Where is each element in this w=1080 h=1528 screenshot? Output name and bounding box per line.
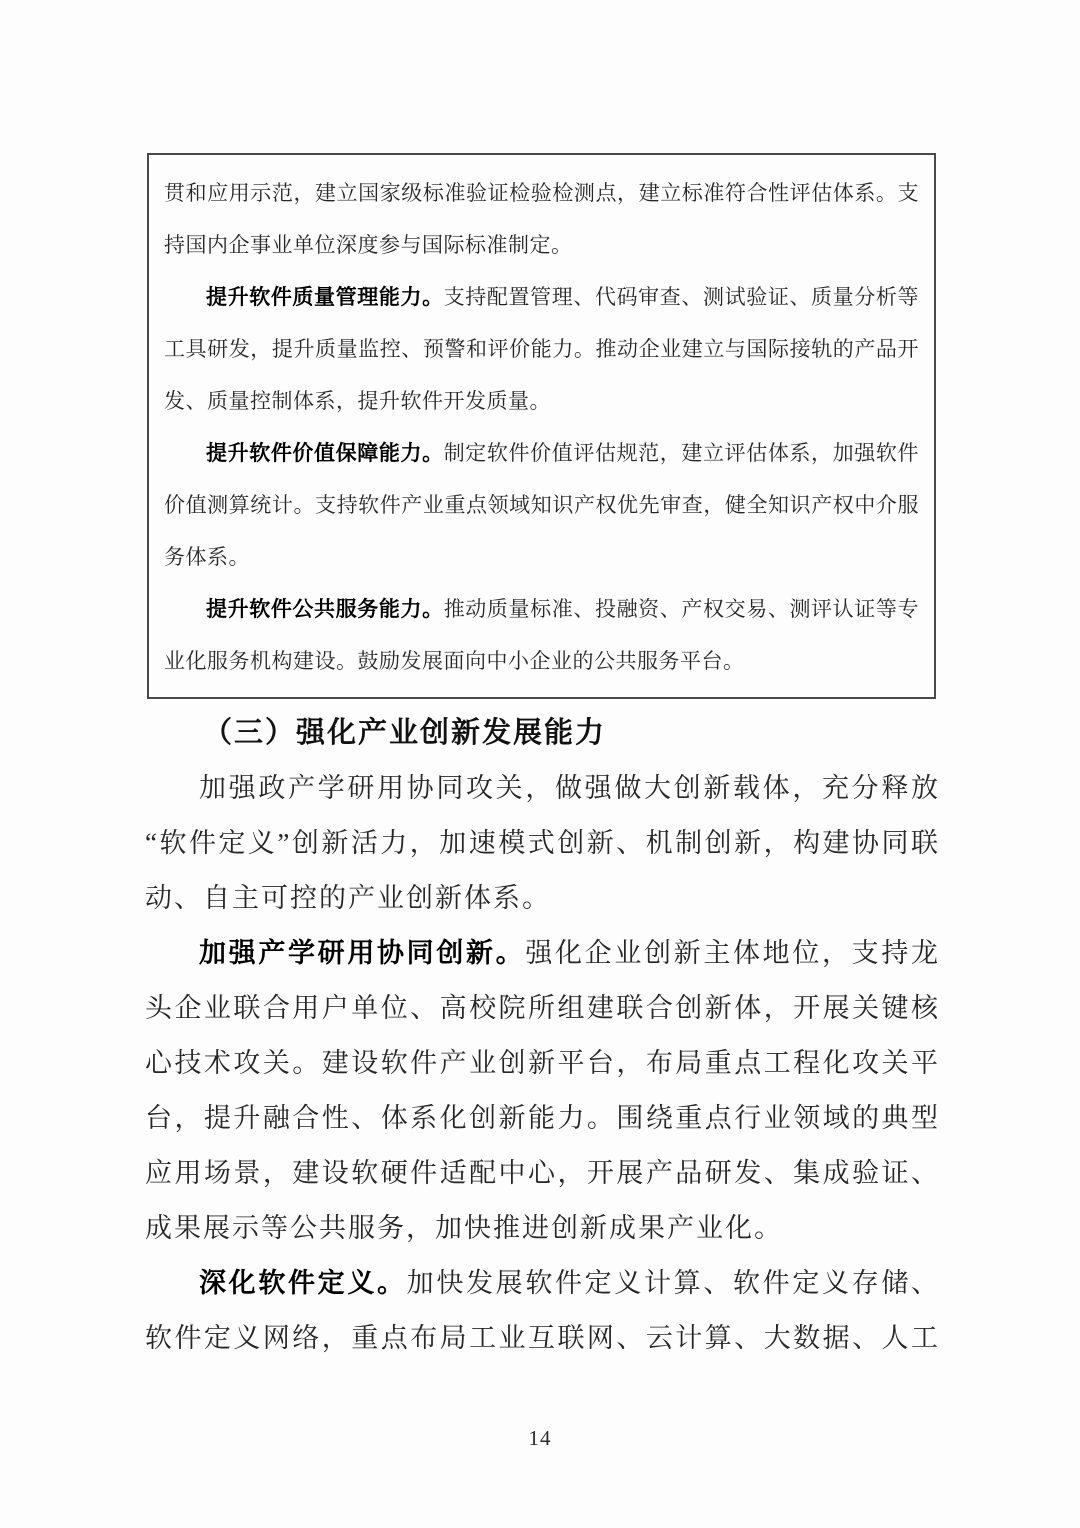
box-paragraph: 提升软件价值保障能力。制定软件价值评估规范，建立评估体系，加强软件价值测算统计。… <box>164 427 919 583</box>
paragraph-text: 加强政产学研用协同攻关，做强做大创新载体，充分释放“软件定义”创新活力，加速模式… <box>145 773 940 913</box>
paragraph-lead: 加强产学研用协同创新。 <box>199 938 525 968</box>
paragraph-lead: 提升软件质量管理能力。 <box>206 285 444 309</box>
paragraph-text: 强化企业创新主体地位，支持龙头企业联合用户单位、高校院所组建联合创新体，开展关键… <box>145 938 940 1243</box>
box-paragraph: 提升软件质量管理能力。支持配置管理、代码审查、测试验证、质量分析等工具研发，提升… <box>164 271 919 427</box>
body-paragraph: 加强政产学研用协同攻关，做强做大创新载体，充分释放“软件定义”创新活力，加速模式… <box>145 761 940 926</box>
document-page: 贯和应用示范，建立国家级标准验证检验检测点，建立标准符合性评估体系。支持国内企事… <box>0 0 1080 1528</box>
paragraph-lead: 提升软件价值保障能力。 <box>206 441 444 465</box>
document-body: （三）强化产业创新发展能力 加强政产学研用协同攻关，做强做大创新载体，充分释放“… <box>145 706 940 1366</box>
paragraph-lead: 提升软件公共服务能力。 <box>206 597 444 621</box>
box-paragraph: 提升软件公共服务能力。推动质量标准、投融资、产权交易、测评认证等专业化服务机构建… <box>164 583 919 687</box>
body-paragraph: 加强产学研用协同创新。强化企业创新主体地位，支持龙头企业联合用户单位、高校院所组… <box>145 926 940 1256</box>
paragraph-lead: 深化软件定义。 <box>199 1268 407 1298</box>
section-heading: （三）强化产业创新发展能力 <box>145 706 940 761</box>
paragraph-text: 贯和应用示范，建立国家级标准验证检验检测点，建立标准符合性评估体系。支持国内企事… <box>164 181 919 257</box>
box-paragraph: 贯和应用示范，建立国家级标准验证检验检测点，建立标准符合性评估体系。支持国内企事… <box>164 167 919 271</box>
page-number: 14 <box>0 1426 1080 1451</box>
highlight-box: 贯和应用示范，建立国家级标准验证检验检测点，建立标准符合性评估体系。支持国内企事… <box>147 153 936 699</box>
body-paragraph: 深化软件定义。加快发展软件定义计算、软件定义存储、软件定义网络，重点布局工业互联… <box>145 1256 940 1366</box>
